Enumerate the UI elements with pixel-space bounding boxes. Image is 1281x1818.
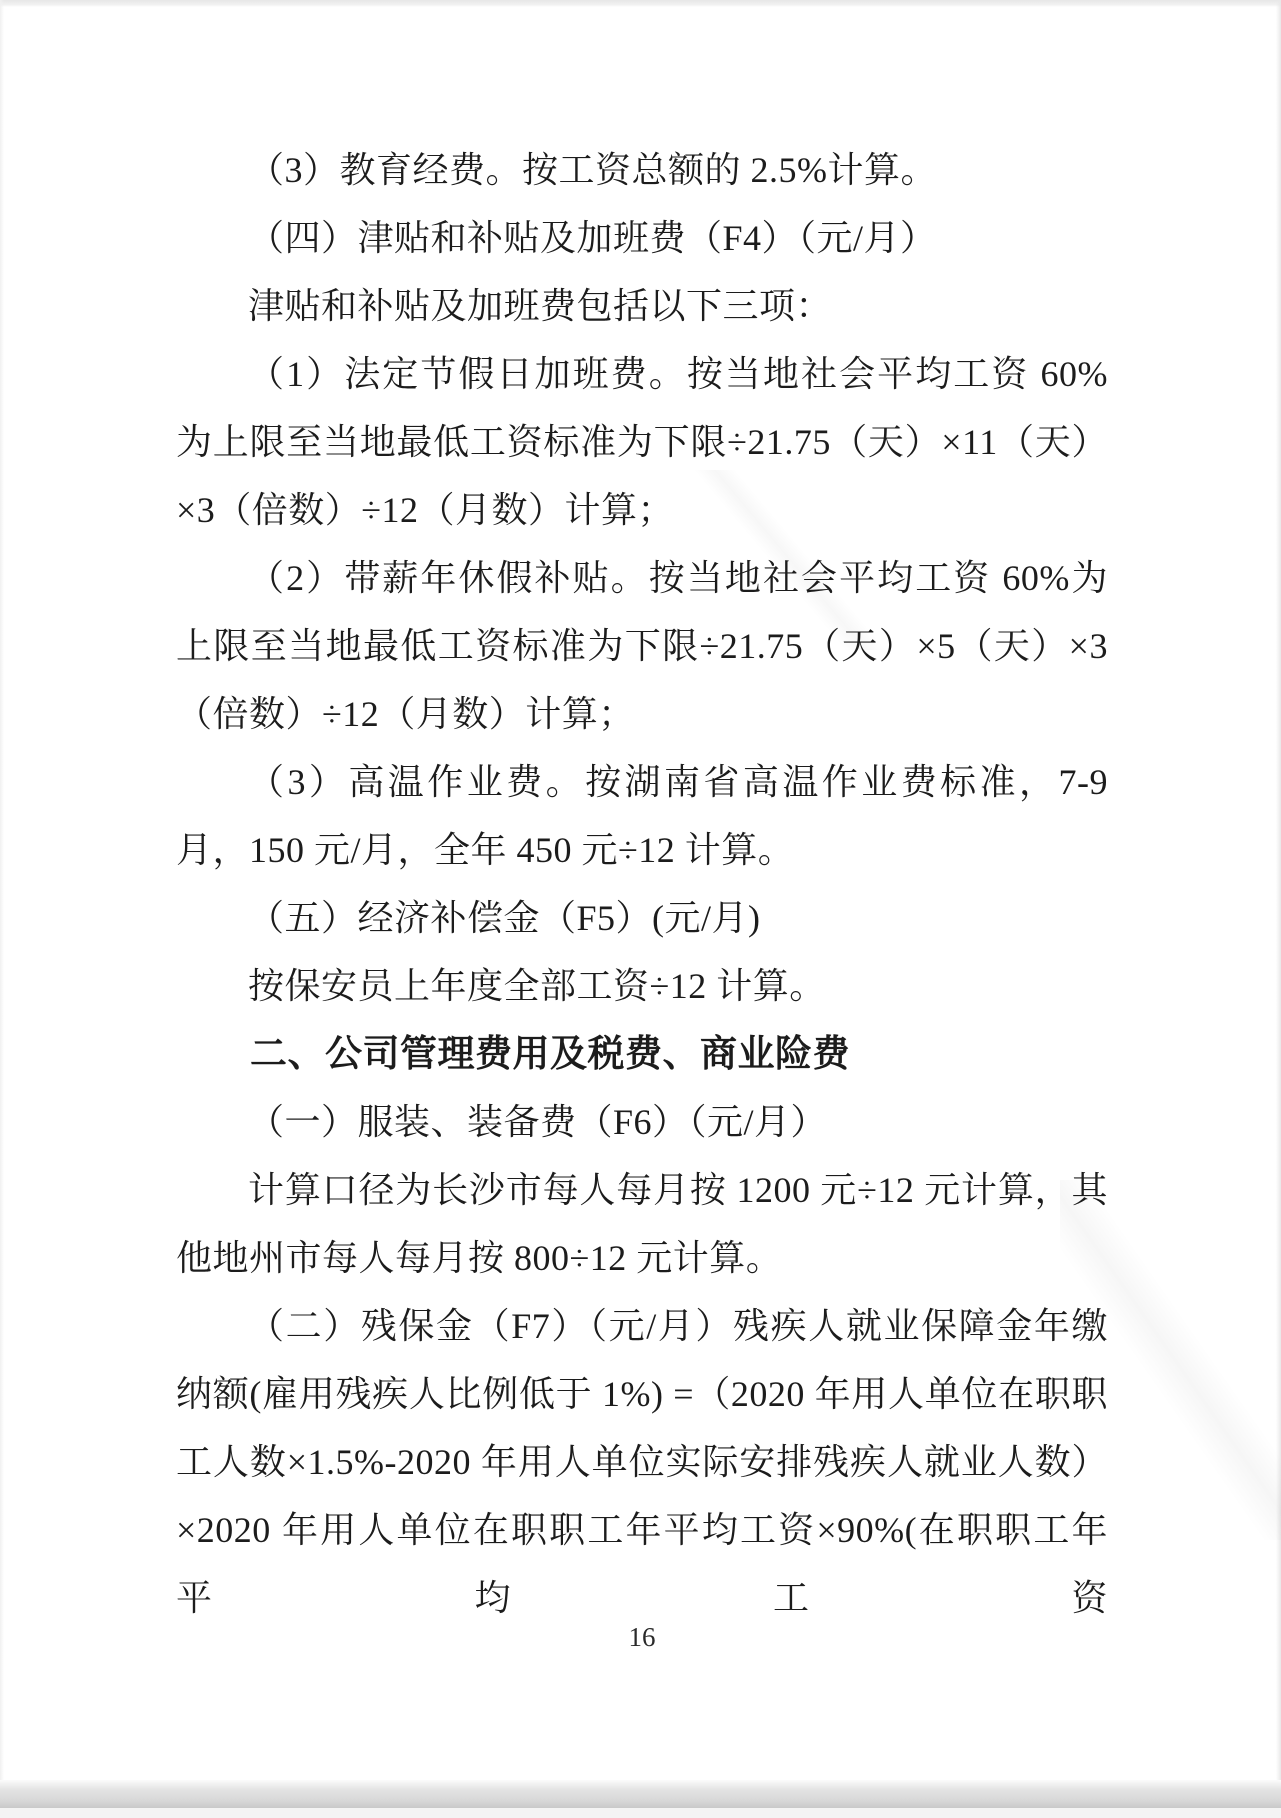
scan-edge-bottom [0,1780,1281,1808]
paragraph-uniform-equipment-fee: （一）服装、装备费（F6）（元/月） [176,1088,1108,1156]
section-heading-company-management-fees: 二、公司管理费用及税费、商业险费 [176,1020,1108,1088]
paragraph-holiday-overtime: （1）法定节假日加班费。按当地社会平均工资 60%为上限至当地最低工资标准为下限… [176,340,1108,544]
paragraph-high-temperature-fee: （3）高温作业费。按湖南省高温作业费标准，7-9 月，150 元/月，全年 45… [176,748,1108,884]
scan-edge-right [1276,0,1281,1818]
paragraph-allowance-intro: 津贴和补贴及加班费包括以下三项： [176,272,1108,340]
scan-edge-left [0,0,4,1818]
paragraph-uniform-fee-calculation: 计算口径为长沙市每人每月按 1200 元÷12 元计算，其他地州市每人每月按 8… [176,1156,1108,1292]
scan-edge-top [0,0,1281,7]
paragraph-paid-leave-subsidy: （2）带薪年休假补贴。按当地社会平均工资 60%为上限至当地最低工资标准为下限÷… [176,544,1108,748]
paragraph-item-5-compensation-title: （五）经济补偿金（F5）(元/月) [176,884,1108,952]
paragraph-compensation-formula: 按保安员上年度全部工资÷12 计算。 [176,952,1108,1020]
scanned-document-page: （3）教育经费。按工资总额的 2.5%计算。 （四）津贴和补贴及加班费（F4）（… [0,0,1281,1818]
paragraph-disability-security-fund: （二）残保金（F7）（元/月）残疾人就业保障金年缴纳额(雇用残疾人比例低于 1%… [176,1292,1108,1632]
paragraph-item-3-education-fee: （3）教育经费。按工资总额的 2.5%计算。 [176,136,1108,204]
document-body: （3）教育经费。按工资总额的 2.5%计算。 （四）津贴和补贴及加班费（F4）（… [176,136,1108,1632]
scan-edge-bottom-outer [0,1808,1281,1818]
page-number: 16 [176,1622,1108,1653]
paragraph-item-4-allowance-title: （四）津贴和补贴及加班费（F4）（元/月） [176,204,1108,272]
